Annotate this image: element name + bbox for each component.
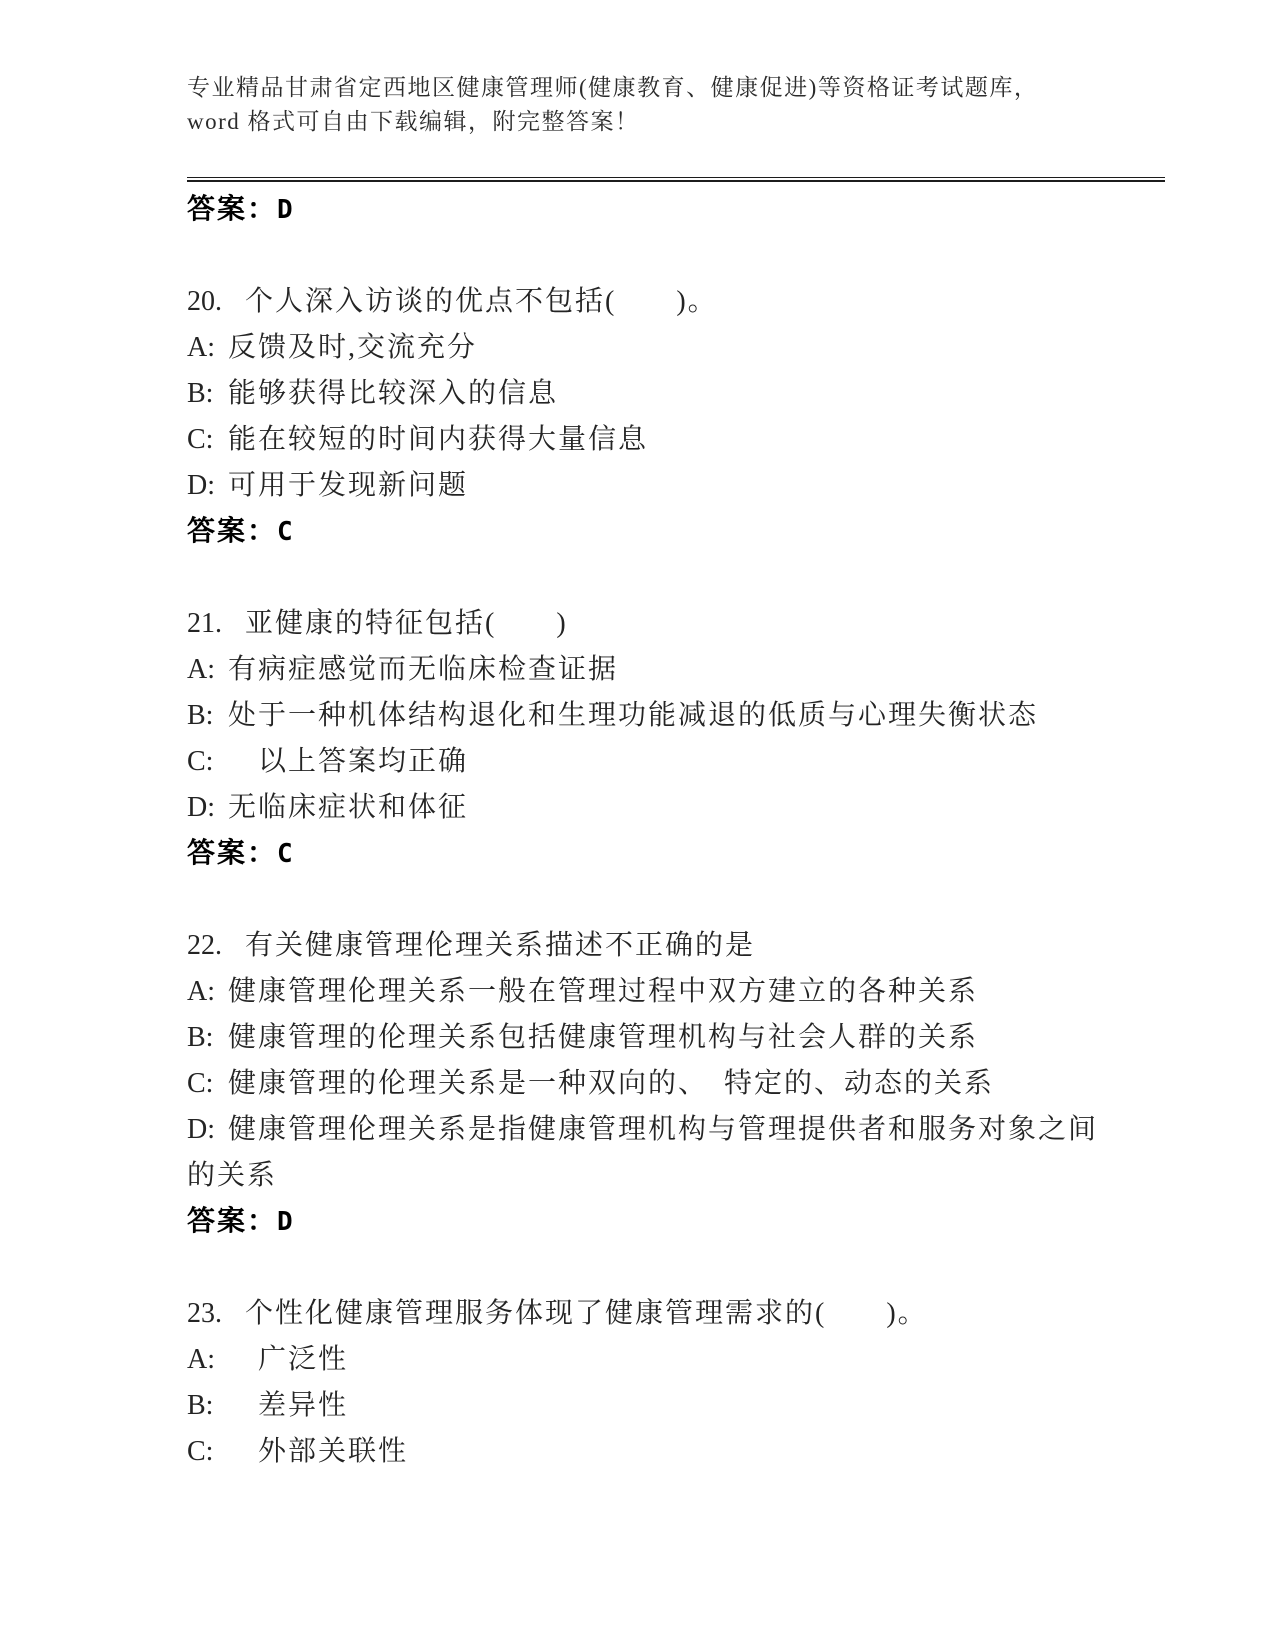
- answer-line: 答案：D: [187, 1199, 1165, 1245]
- option-line: A:有病症感觉而无临床检查证据: [187, 647, 1165, 693]
- option-letter: B:: [187, 693, 228, 739]
- question-21: 21.亚健康的特征包括( ) A:有病症感觉而无临床检查证据 B:处于一种机体结…: [187, 601, 1165, 877]
- option-letter: D:: [187, 1107, 228, 1153]
- option-text: 能在较短的时间内获得大量信息: [228, 424, 648, 455]
- option-letter: A:: [187, 647, 228, 693]
- question-number: 20.: [187, 279, 245, 325]
- option-letter: B:: [187, 371, 228, 417]
- option-line: C:能在较短的时间内获得大量信息: [187, 417, 1165, 463]
- option-text: 广泛性: [228, 1344, 348, 1375]
- question-stem-line: 22.有关健康管理伦理关系描述不正确的是: [187, 923, 1165, 969]
- answer-value: C: [277, 517, 293, 547]
- option-line: C: 以上答案均正确: [187, 739, 1165, 785]
- header-line-1: 专业精品甘肃省定西地区健康管理师(健康教育、健康促进)等资格证考试题库，: [187, 71, 1165, 105]
- option-letter: C:: [187, 1061, 228, 1107]
- option-text: 健康管理的伦理关系包括健康管理机构与社会人群的关系: [228, 1022, 978, 1053]
- option-line: D:无临床症状和体征: [187, 785, 1165, 831]
- answer-line: 答案：C: [187, 509, 1165, 555]
- option-letter: C:: [187, 1429, 228, 1475]
- option-letter: B:: [187, 1015, 228, 1061]
- question-number: 22.: [187, 923, 245, 969]
- page-content: 专业精品甘肃省定西地区健康管理师(健康教育、健康促进)等资格证考试题库， wor…: [187, 0, 1165, 1475]
- option-line: A: 广泛性: [187, 1337, 1165, 1383]
- orphan-answer-line: 答案：D: [187, 187, 1165, 233]
- question-stem: 个性化健康管理服务体现了健康管理需求的( )。: [245, 1298, 928, 1329]
- answer-label: 答案：: [187, 194, 277, 225]
- question-stem: 亚健康的特征包括( ): [245, 608, 568, 639]
- question-stem-line: 23.个性化健康管理服务体现了健康管理需求的( )。: [187, 1291, 1165, 1337]
- option-letter: A:: [187, 1337, 228, 1383]
- option-text: 反馈及时,交流充分: [228, 332, 477, 363]
- option-letter: A:: [187, 969, 228, 1015]
- question-stem: 有关健康管理伦理关系描述不正确的是: [245, 930, 755, 961]
- option-line: D:可用于发现新问题: [187, 463, 1165, 509]
- answer-value: D: [277, 1207, 293, 1237]
- question-20: 20.个人深入访谈的优点不包括( )。 A:反馈及时,交流充分 B:能够获得比较…: [187, 279, 1165, 555]
- option-letter: A:: [187, 325, 228, 371]
- answer-label: 答案：: [187, 516, 277, 547]
- question-number: 21.: [187, 601, 245, 647]
- option-text: 健康管理伦理关系一般在管理过程中双方建立的各种关系: [228, 976, 978, 1007]
- option-text: 能够获得比较深入的信息: [228, 378, 558, 409]
- question-22: 22.有关健康管理伦理关系描述不正确的是 A:健康管理伦理关系一般在管理过程中双…: [187, 923, 1165, 1245]
- option-text: 有病症感觉而无临床检查证据: [228, 654, 618, 685]
- option-line: D:健康管理伦理关系是指健康管理机构与管理提供者和服务对象之间的关系: [187, 1107, 1109, 1199]
- option-line: B:处于一种机体结构退化和生理功能减退的低质与心理失衡状态: [187, 693, 1165, 739]
- option-line: A:反馈及时,交流充分: [187, 325, 1165, 371]
- answer-value: C: [277, 839, 293, 869]
- option-text: 健康管理伦理关系是指健康管理机构与管理提供者和服务对象之间的关系: [187, 1114, 1098, 1191]
- option-line: B:能够获得比较深入的信息: [187, 371, 1165, 417]
- option-letter: C:: [187, 417, 228, 463]
- option-line: B:健康管理的伦理关系包括健康管理机构与社会人群的关系: [187, 1015, 1165, 1061]
- answer-label: 答案：: [187, 1206, 277, 1237]
- option-text: 以上答案均正确: [228, 746, 468, 777]
- option-line: B: 差异性: [187, 1383, 1165, 1429]
- question-number: 23.: [187, 1291, 245, 1337]
- option-line: A:健康管理伦理关系一般在管理过程中双方建立的各种关系: [187, 969, 1165, 1015]
- option-line: C:健康管理的伦理关系是一种双向的、 特定的、动态的关系: [187, 1061, 1165, 1107]
- answer-label: 答案：: [187, 838, 277, 869]
- header-line-2: word 格式可自由下载编辑，附完整答案！: [187, 105, 1165, 139]
- question-stem-line: 21.亚健康的特征包括( ): [187, 601, 1165, 647]
- question-23: 23.个性化健康管理服务体现了健康管理需求的( )。 A: 广泛性 B: 差异性…: [187, 1291, 1165, 1475]
- question-stem-line: 20.个人深入访谈的优点不包括( )。: [187, 279, 1165, 325]
- option-text: 健康管理的伦理关系是一种双向的、 特定的、动态的关系: [228, 1068, 994, 1099]
- option-text: 无临床症状和体征: [228, 792, 468, 823]
- question-stem: 个人深入访谈的优点不包括( )。: [245, 286, 718, 317]
- option-text: 处于一种机体结构退化和生理功能减退的低质与心理失衡状态: [228, 700, 1038, 731]
- option-letter: D:: [187, 785, 228, 831]
- option-text: 外部关联性: [228, 1436, 408, 1467]
- answer-line: 答案：C: [187, 831, 1165, 877]
- option-letter: D:: [187, 463, 228, 509]
- option-line: C: 外部关联性: [187, 1429, 1165, 1475]
- option-text: 差异性: [228, 1390, 348, 1421]
- document-page: 专业精品甘肃省定西地区健康管理师(健康教育、健康促进)等资格证考试题库， wor…: [0, 0, 1275, 1650]
- header-divider: [187, 177, 1165, 182]
- doc-header: 专业精品甘肃省定西地区健康管理师(健康教育、健康促进)等资格证考试题库， wor…: [187, 71, 1165, 139]
- option-letter: C:: [187, 739, 228, 785]
- answer-value: D: [277, 195, 293, 225]
- option-text: 可用于发现新问题: [228, 470, 468, 501]
- option-letter: B:: [187, 1383, 228, 1429]
